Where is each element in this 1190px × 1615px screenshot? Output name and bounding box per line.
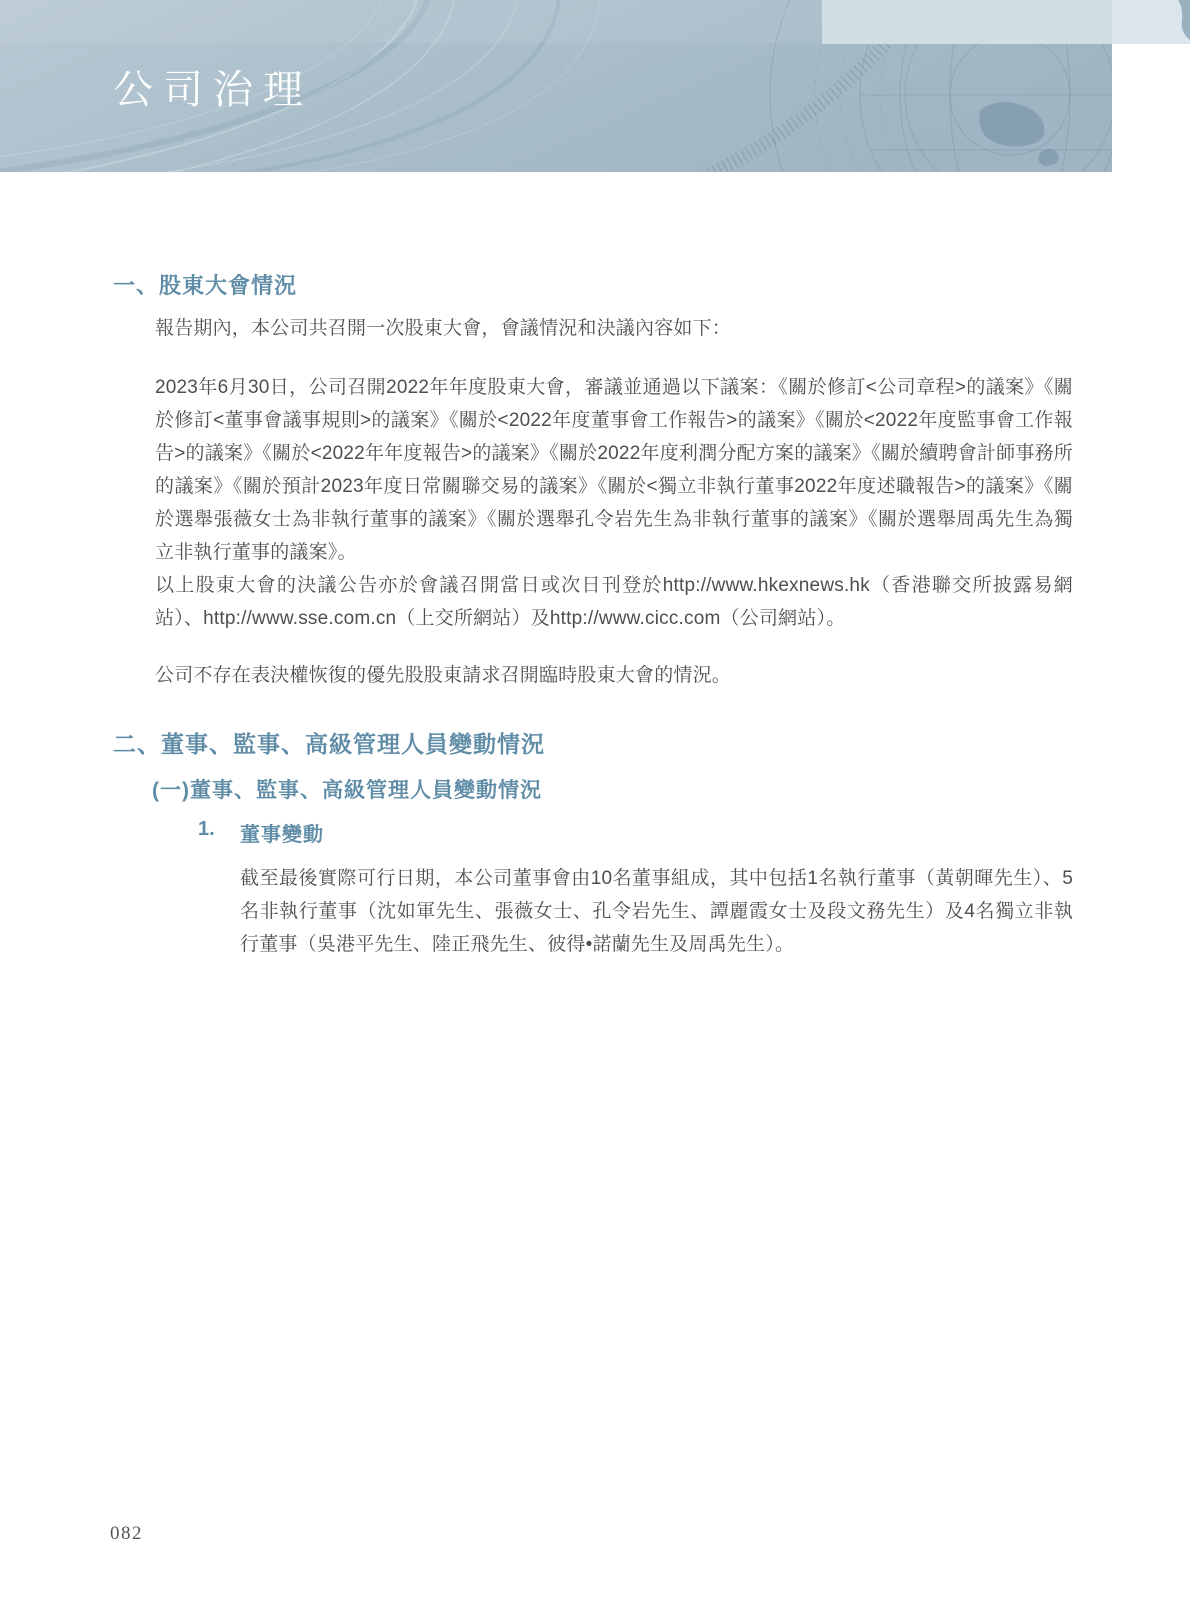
section-1-resolutions-paragraph: 2023年6月30日，公司召開2022年年度股東大會，審議並通過以下議案：《關於… bbox=[155, 371, 1073, 569]
section-1-preferred-shares-paragraph: 公司不存在表決權恢復的優先股股東請求召開臨時股東大會的情況。 bbox=[155, 659, 1073, 692]
section-1-intro-paragraph: 報告期內，本公司共召開一次股東大會，會議情況和決議內容如下： bbox=[155, 312, 1073, 345]
page-title: 公司治理 bbox=[113, 58, 313, 115]
report-page: 公司治理 一、股東大會情況 報告期內，本公司共召開一次股東大會，會議情況和決議內… bbox=[0, 0, 1190, 1615]
page-banner: 公司治理 bbox=[0, 0, 1190, 172]
director-change-paragraph: 截至最後實際可行日期，本公司董事會由10名董事組成，其中包括1名執行董事（黃朝暉… bbox=[240, 862, 1073, 961]
section-1-heading: 一、股東大會情況 bbox=[113, 269, 297, 300]
section-2-sub-heading: (一)董事、監事、高級管理人員變動情況 bbox=[152, 774, 542, 804]
section-2-heading: 二、董事、監事、高級管理人員變動情況 bbox=[113, 726, 545, 759]
director-change-item-number: 1. bbox=[198, 818, 215, 841]
section-1-announcement-paragraph: 以上股東大會的決議公告亦於會議召開當日或次日刊登於http://www.hkex… bbox=[155, 569, 1073, 635]
director-change-item-heading: 董事變動 bbox=[240, 818, 324, 847]
page-number: 082 bbox=[110, 1523, 143, 1545]
